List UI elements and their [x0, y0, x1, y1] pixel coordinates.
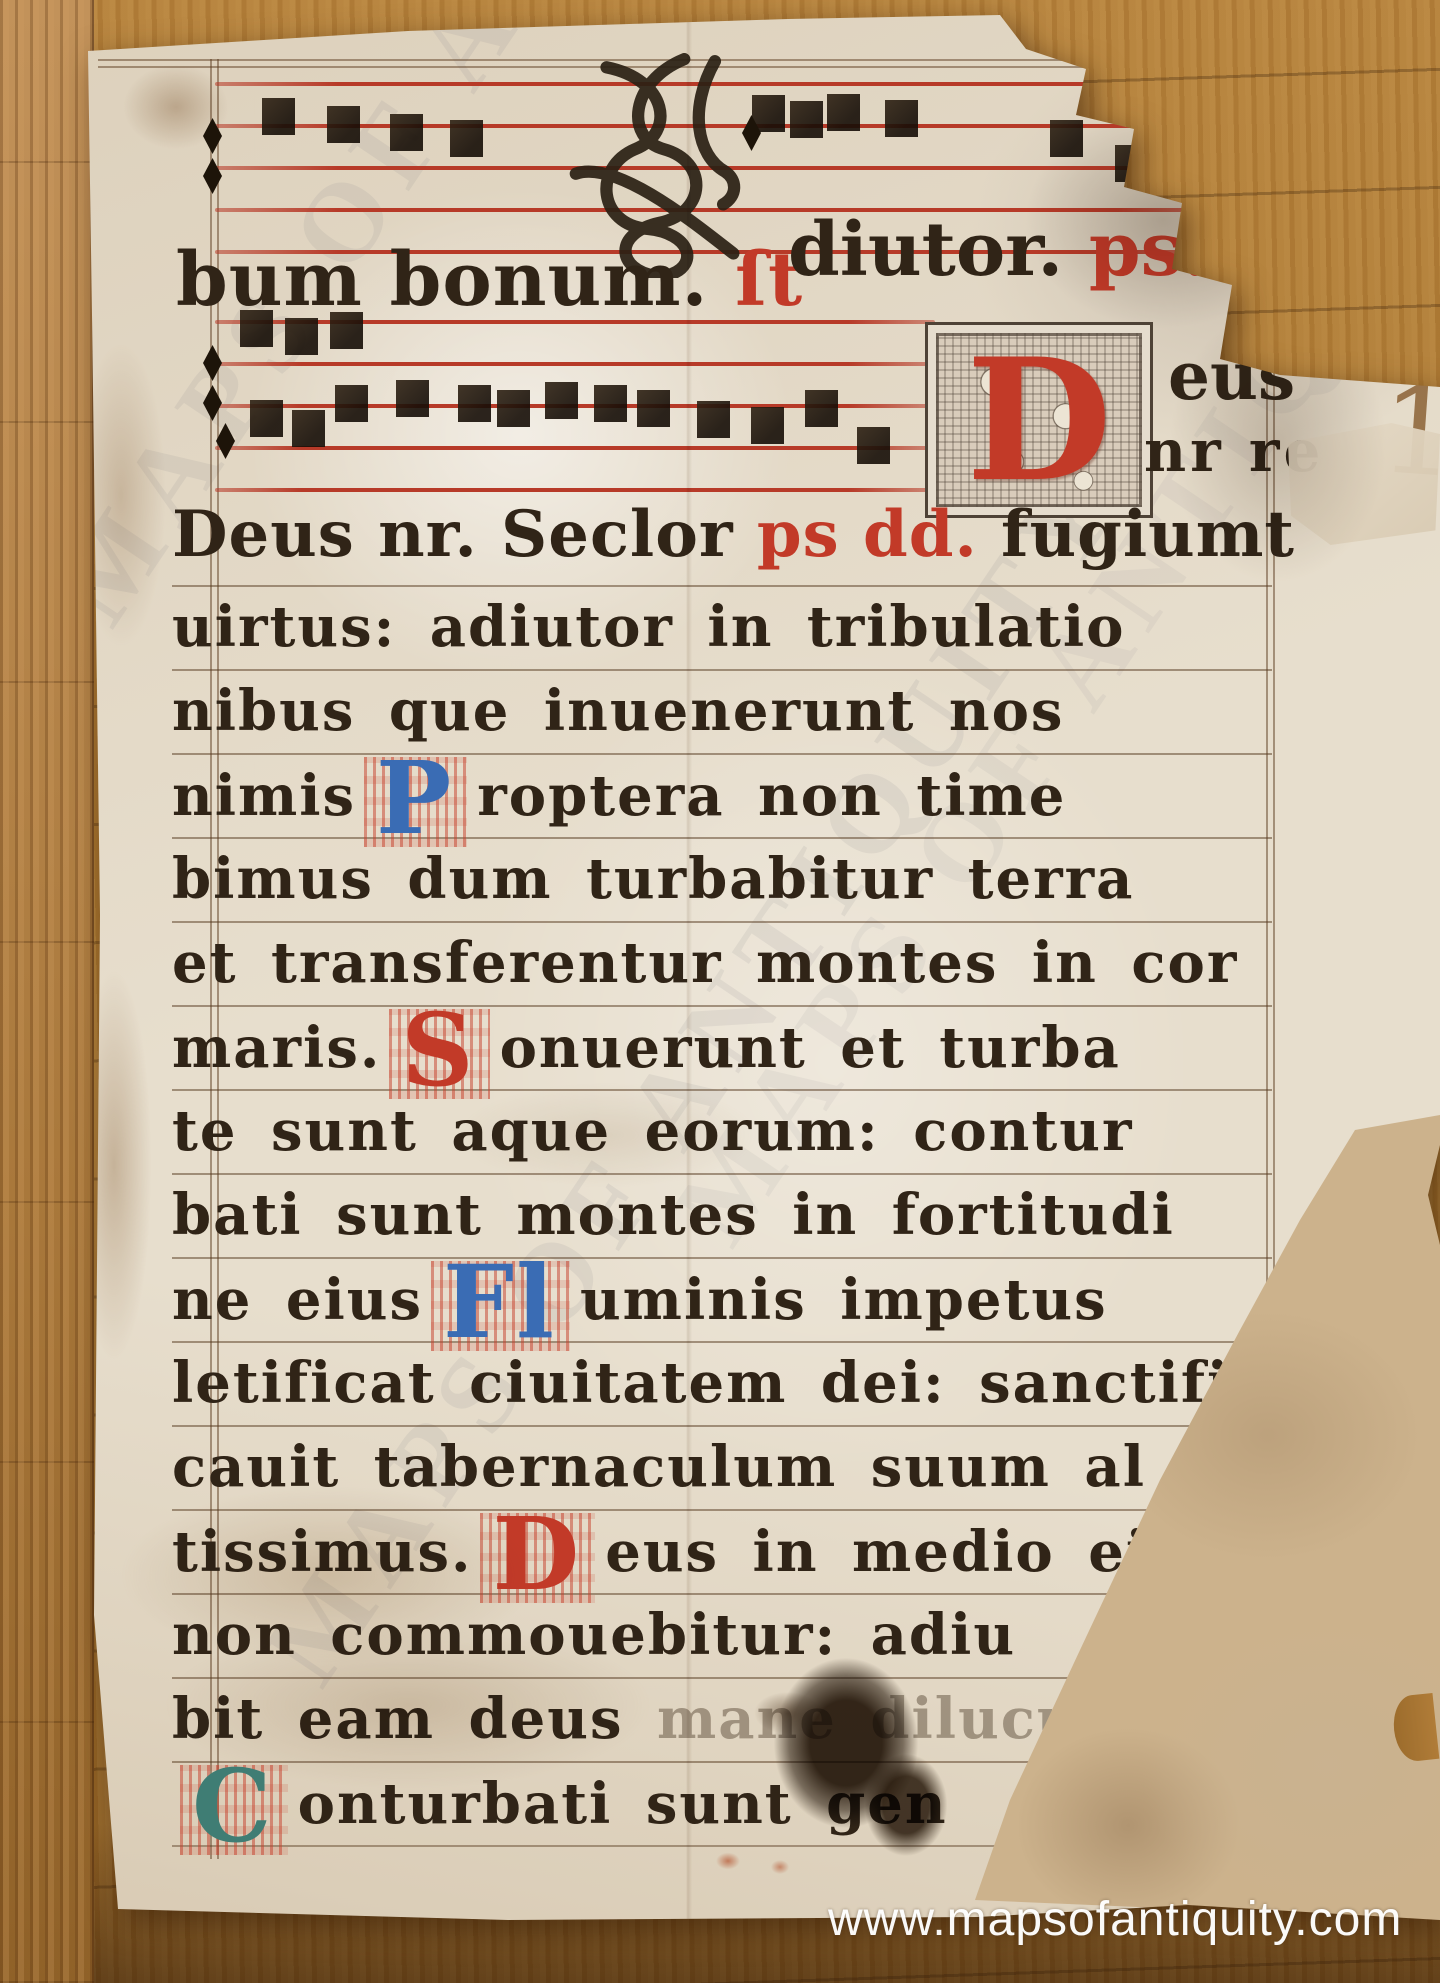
text-segment: letificat ciuitatem dei: sanctifi — [172, 1350, 1230, 1416]
text-segment: bimus dum turbabitur terra — [172, 846, 1134, 912]
manuscript-leaf-wrap: MAPS OF ANTIQUITY MAPS OF ANTIQUITY MAPS… — [88, 15, 1440, 1920]
chant-note — [285, 318, 318, 355]
text-segment: non commouebitur: adiu — [172, 1602, 1016, 1668]
chant-note — [1050, 120, 1083, 157]
chant-note — [1115, 145, 1148, 182]
manuscript-text-line: non commouebitur: adiu — [172, 1593, 1272, 1677]
chant-note — [292, 410, 325, 447]
manuscript-text-line: ne eiusFluminis impetus — [172, 1257, 1272, 1341]
text-segment: eus in medio ei — [605, 1519, 1149, 1585]
parchment-fragment — [1288, 423, 1440, 545]
manuscript-text-line: maris.Sonuerunt et turba — [172, 1005, 1272, 1089]
chant-note — [857, 427, 890, 464]
text-segment: cauit tabernaculum suum al — [172, 1434, 1146, 1500]
chant-note — [637, 390, 670, 427]
manuscript-text-line: Conturbati sunt gen — [172, 1761, 1272, 1845]
wood-floor-left-plank — [0, 0, 94, 1983]
chant-note — [885, 100, 918, 137]
manuscript-text-line: letificat ciuitatem dei: sanctifi — [172, 1341, 1272, 1425]
chant-note — [751, 407, 784, 444]
text-segment: maris. — [172, 1015, 381, 1081]
word-after-initial: eus — [1168, 337, 1295, 415]
text-segment: onuerunt et turba — [500, 1015, 1121, 1081]
psalm-text-block: uirtus: adiutor in tribulationibus que i… — [172, 585, 1272, 1847]
chant-note — [497, 390, 530, 427]
chant-text-line: diutor. ps. — [788, 207, 1208, 293]
manuscript-text-line: tissimus.Deus in medio ei — [172, 1509, 1272, 1593]
chant-note — [805, 390, 838, 427]
illuminated-initial: Fl — [431, 1261, 570, 1351]
text-segment: onturbati sunt gen — [298, 1771, 948, 1837]
psalm-heading-line: Deus nr. Seclor ps dd. fugiumt — [172, 497, 1295, 572]
store-watermark: www.mapsofantiquity.com — [828, 1892, 1402, 1947]
chant-note — [262, 98, 295, 135]
manuscript-text-line: uirtus: adiutor in tribulatio — [172, 585, 1272, 669]
illuminated-initial: C — [180, 1765, 288, 1855]
illuminated-initial: D — [480, 1513, 595, 1603]
chant-note — [327, 106, 360, 143]
manuscript-text-line: bati sunt montes in fortitudi — [172, 1173, 1272, 1257]
illuminated-initial-D-box: D — [925, 322, 1153, 518]
text-segment: Deus nr. Seclor — [172, 497, 734, 572]
manuscript-text-line: te sunt aque eorum: contur — [172, 1089, 1272, 1173]
chant-note — [1188, 165, 1221, 202]
text-segment: diutor. — [788, 207, 1063, 293]
manuscript-text-line: cauit tabernaculum suum al — [172, 1425, 1272, 1509]
manuscript-text-line: et transferentur montes in cor — [172, 921, 1272, 1005]
chant-note — [396, 380, 429, 417]
text-segment: bit eam deus — [172, 1686, 657, 1752]
illuminated-initial: P — [364, 757, 467, 847]
text-segment: ps dd. — [734, 497, 978, 572]
chant-note — [450, 120, 483, 157]
text-segment: nimis — [172, 763, 356, 829]
manuscript-text-line: nibus que inuenerunt nos — [172, 669, 1272, 753]
photo-of-antiphonal-leaf: { "colors": { "parchment": "#e7decd", "s… — [0, 0, 1440, 1983]
staff-line — [215, 362, 935, 366]
manuscript-text-line: bimus dum turbabitur terra — [172, 837, 1272, 921]
chant-note — [697, 401, 730, 438]
text-segment: te sunt aque eorum: contur — [172, 1098, 1133, 1164]
text-segment: uminis impetus — [580, 1267, 1108, 1333]
chant-note — [594, 385, 627, 422]
edge-notch — [1391, 1693, 1440, 1763]
chant-note — [250, 400, 283, 437]
manuscript-text-line: nimisProptera non time — [172, 753, 1272, 837]
text-segment: roptera non time — [477, 763, 1066, 829]
manuscript-text-line: bit eam deus mane diluculo — [172, 1677, 1272, 1761]
text-segment: mane diluculo — [657, 1686, 1142, 1752]
text-segment: nibus que inuenerunt nos — [172, 678, 1064, 744]
parchment-leaf: MAPS OF ANTIQUITY MAPS OF ANTIQUITY MAPS… — [88, 15, 1440, 1920]
custos-diamond — [203, 158, 222, 194]
chant-note — [390, 114, 423, 151]
text-segment: bum bonum. — [176, 237, 708, 323]
text-segment: uirtus: adiutor in tribulatio — [172, 594, 1125, 660]
text-segment: fugiumt — [978, 497, 1295, 572]
text-segment: ps. — [1063, 207, 1208, 293]
text-segment: et transferentur montes in cor — [172, 930, 1238, 996]
chant-note — [790, 101, 823, 138]
custos-diamond — [203, 385, 222, 421]
staff-line — [215, 488, 935, 492]
chant-note — [458, 385, 491, 422]
chant-note — [545, 382, 578, 419]
illuminated-initial: S — [389, 1009, 489, 1099]
custos-diamond — [203, 345, 222, 381]
text-segment: tissimus. — [172, 1519, 472, 1585]
text-segment: bati sunt montes in fortitudi — [172, 1182, 1175, 1248]
chant-text-line: bum bonum. ſt — [176, 237, 803, 323]
right-margin-rule — [1273, 59, 1275, 1479]
chant-note — [827, 94, 860, 131]
illuminated-initial-letter: D — [966, 336, 1112, 504]
chant-note — [335, 385, 368, 422]
text-segment: ne eius — [172, 1267, 423, 1333]
